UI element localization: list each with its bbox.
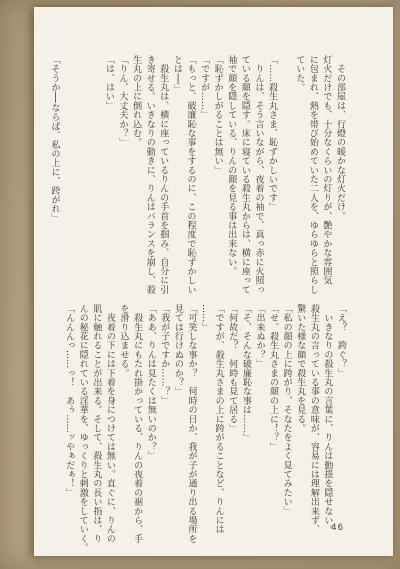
text-column: いきなりの殺生丸の言葉に、りんは動揺を隠せない。 <box>320 304 334 552</box>
text-column: 「せ、殺生丸さまの顔の上に！？」 <box>265 304 279 552</box>
text-column: 見ては行けぬのか？」 <box>170 304 184 552</box>
text-column: ……」 <box>197 304 211 552</box>
text-column: 肌に触れることが出来る。そして、殺生丸の長い指は、り <box>89 304 103 552</box>
text-column: 「ですが……」 <box>196 55 210 295</box>
book-page: その部屋は、行燈の暖かな灯火だけ。灯火だけでも、十分なくらいの灯りが、艶やかな雰… <box>34 7 393 556</box>
text-column: 「そうか──ならば、私の上に、跨がれ」 <box>47 55 61 295</box>
text-column: 驚いた様な顔で殺生丸を見る。 <box>293 304 307 552</box>
text-column: ている顔を隠す。床に寝ている殺生丸からは、横に座って <box>237 55 251 295</box>
text-column: に包まれ、熱を帯び始めていた二人を、ゆらゆらと照らし <box>305 55 319 295</box>
text-column: 袖で顔を隠している、りんの顔を見る事は出来ない。 <box>224 55 238 295</box>
bottom-text-block: 「え？ 跨ぐ？」 いきなりの殺生丸の言葉に、りんは動揺を隠せない。殺生丸の言って… <box>62 304 347 552</box>
text-column: き寄せる。いきなりの動きに、りんはバランスを崩し、殺 <box>142 55 156 295</box>
text-column: 「我が子ですか……？」 <box>157 304 171 552</box>
text-column: 「出来ぬか？」 <box>252 304 266 552</box>
text-column: 殺生丸の言っている事の意味が、容易には理解出来ず、 <box>306 304 320 552</box>
page-number: 46 <box>331 523 344 533</box>
text-column: 「は、はい」 <box>101 55 115 295</box>
text-column: その部屋は、行燈の暖かな灯火だけ。 <box>332 55 346 295</box>
text-column: 「え？ 跨ぐ？」 <box>333 304 347 552</box>
text-column: 夜着の下には下着を身につけては無い。直ぐに、りんの <box>102 304 116 552</box>
text-column: を滑り込ませる。 <box>116 304 130 552</box>
text-column: 生丸の上に倒れ込む。 <box>129 55 143 295</box>
text-column: とは──」 <box>169 55 183 295</box>
text-column: 「私の顔の上に跨がり、そなたをよく見てみたい」 <box>279 304 293 552</box>
text-column: 「何故だ？ 何時も見て居る」 <box>225 304 239 552</box>
text-column: りんは、そう言いながら、夜着の袖で、真っ赤に火照っ <box>251 55 265 295</box>
text-column: 「そ、そんな破廉恥な事は……」 <box>238 304 252 552</box>
text-column: 殺生丸にもたれ掛かっている、りんの夜着の裾から、手 <box>130 304 144 552</box>
text-column: 「もっと、破廉恥な事をするのに、この程度で恥ずかしい <box>183 55 197 295</box>
text-column: んの秘花に隠れている淫華を、ゆっくりと刺激をしていく。 <box>75 304 89 552</box>
text-column: 「ですが、殺生丸さまの上に跨がることなど、りんには <box>211 304 225 552</box>
text-column: 「りん、大丈夫か？」 <box>115 55 129 295</box>
top-text-block: その部屋は、行燈の暖かな灯火だけ。灯火だけでも、十分なくらいの灯りが、艶やかな雰… <box>47 55 346 295</box>
text-column: 灯火だけでも、十分なくらいの灯りが、艶やかな雰囲気 <box>319 55 333 295</box>
text-column: 「んんんっ……っ！ あぅ……ッやぁだぁ！」 <box>62 304 76 552</box>
text-column: 「恥ずかしがることは無い」 <box>210 55 224 295</box>
text-column: 殺生丸は、横に座っているりんの手首を掴み、自分に引 <box>156 55 170 295</box>
text-column: 「ああ、りんは見たくは無いのか？」 <box>143 304 157 552</box>
text-column: 「可笑しな事か？ 何時の日か、我が子が通り出る場所を <box>184 304 198 552</box>
text-column: 「……殺生丸さま、恥ずかしいです」 <box>264 55 278 295</box>
text-column: ていた。 <box>292 55 306 295</box>
